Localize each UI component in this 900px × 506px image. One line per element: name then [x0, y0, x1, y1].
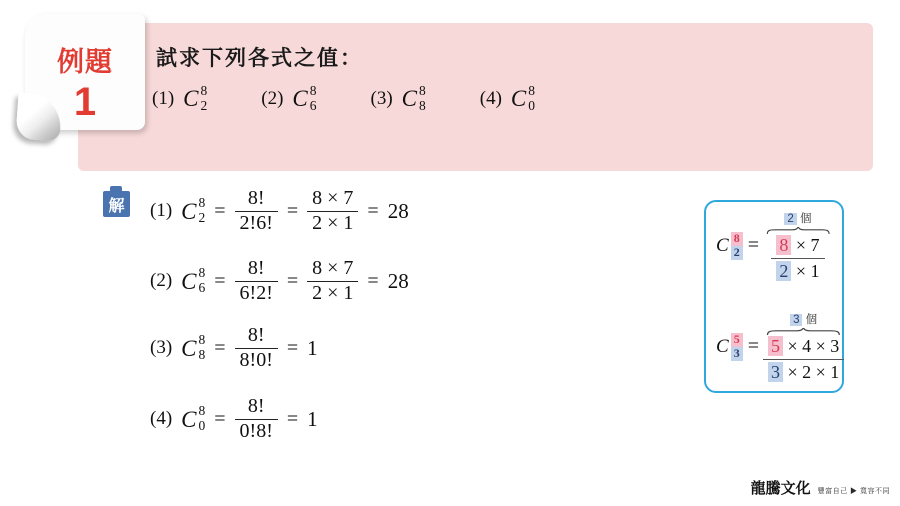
step-result: 28: [388, 199, 409, 224]
factorial-fraction: 8! 2!6!: [235, 187, 278, 235]
combination-base: C: [183, 87, 198, 110]
fraction-numerator: 8 × 7: [307, 187, 358, 211]
numerator-highlight: 8: [776, 235, 791, 255]
equals-sign: =: [748, 335, 759, 358]
equals-sign: =: [367, 270, 378, 293]
equals-sign: =: [287, 337, 298, 360]
overbrace-icon: [766, 328, 841, 335]
combination-sup: 8: [528, 84, 535, 99]
combination-base: C: [181, 408, 196, 431]
fraction-denominator: 2 × 1: [307, 211, 358, 236]
combination-sub: 0: [199, 419, 206, 434]
combination-symbol: C 8 0: [511, 84, 535, 114]
numerator-rest: × 4 × 3: [783, 336, 839, 356]
combination-base: C: [716, 337, 729, 356]
solution-step-3: (3) C 8 8 = 8! 8!0! = 1: [150, 324, 318, 372]
step-result: 1: [307, 407, 318, 432]
combination-sup: 8: [199, 266, 206, 281]
equals-sign: =: [214, 270, 225, 293]
note-formula-2: C 5 3 = 3 個 5 × 4 × 3 3 × 2 × 1: [716, 311, 836, 383]
combination-base: C: [511, 87, 526, 110]
problem-label: (1): [152, 88, 174, 110]
denominator-highlight: 3: [768, 362, 783, 382]
fraction-denominator: 2 × 1: [771, 258, 824, 282]
fraction-numerator: 8!: [235, 257, 278, 281]
count-suffix: 個: [797, 213, 812, 225]
step-label: (1): [150, 200, 172, 222]
problem-list: (1) C 8 2 (2) C 8 6 (3) C 8 8 (4: [152, 84, 535, 114]
solution-badge: 解: [103, 191, 130, 217]
step-label: (2): [150, 270, 172, 292]
fraction-denominator: 6!2!: [235, 281, 278, 306]
combination-base: C: [181, 270, 196, 293]
problem-prompt: 試求下列各式之值：: [156, 42, 363, 72]
solution-step-2: (2) C 8 6 = 8! 6!2! = 8 × 7 2 × 1 = 28: [150, 257, 409, 305]
combination-sub: 6: [310, 99, 317, 114]
combination-sub: 8: [419, 99, 426, 114]
problem-item-1: (1) C 8 2: [152, 84, 207, 114]
combination-sup-highlight: 8: [731, 232, 743, 246]
denominator-rest: × 2 × 1: [783, 362, 839, 382]
combination-symbol: C 8 8: [402, 84, 426, 114]
problem-label: (3): [371, 88, 393, 110]
problem-item-3: (3) C 8 8: [371, 84, 426, 114]
fraction-denominator: 8!0!: [235, 348, 278, 373]
combination-sub-highlight: 3: [731, 347, 743, 361]
count-number: 3: [790, 314, 802, 326]
annotated-fraction: 2 個 8 × 7 2 × 1: [763, 210, 833, 282]
combination-symbol: C 8 6: [292, 84, 316, 114]
combination-sup: 8: [201, 84, 208, 99]
problem-item-2: (2) C 8 6: [261, 84, 316, 114]
step-result: 1: [307, 336, 318, 361]
combination-symbol: C 8 2: [183, 84, 207, 114]
combination-symbol: C 5 3: [716, 333, 743, 361]
combination-symbol: C 8 6: [181, 266, 205, 296]
product-fraction: 8 × 7 2 × 1: [307, 187, 358, 235]
combination-sub: 2: [199, 211, 206, 226]
fraction-numerator: 8!: [235, 395, 278, 419]
combination-sub: 2: [201, 99, 208, 114]
equals-sign: =: [367, 200, 378, 223]
numerator-rest: × 7: [791, 235, 819, 255]
fraction-denominator: 3 × 2 × 1: [763, 359, 844, 383]
fraction-denominator: 0!8!: [235, 419, 278, 444]
count-annotation: 3 個: [790, 311, 817, 327]
step-label: (3): [150, 337, 172, 359]
combination-sup-highlight: 5: [731, 333, 743, 347]
combination-base: C: [181, 200, 196, 223]
step-result: 28: [388, 269, 409, 294]
fraction-numerator: 8!: [235, 187, 278, 211]
combination-symbol: C 8 2: [181, 196, 205, 226]
note-formula-1: C 8 2 = 2 個 8 × 7 2 × 1: [716, 210, 836, 282]
solution-step-4: (4) C 8 0 = 8! 0!8! = 1: [150, 395, 318, 443]
equals-sign: =: [748, 234, 759, 257]
fraction-denominator: 2!6!: [235, 211, 278, 236]
fraction-numerator: 8 × 7: [771, 234, 824, 258]
combination-sup: 8: [419, 84, 426, 99]
count-suffix: 個: [802, 314, 817, 326]
problem-label: (4): [480, 88, 502, 110]
problem-label: (2): [261, 88, 283, 110]
combination-base: C: [402, 87, 417, 110]
publisher-logo: 龍騰文化: [751, 477, 811, 498]
denominator-rest: × 1: [791, 261, 819, 281]
combination-sup: 8: [199, 404, 206, 419]
publisher-footer: 龍騰文化 豐富自己 ▶ 寬容不同: [751, 477, 890, 498]
count-annotation: 2 個: [784, 210, 811, 226]
combination-sub: 8: [199, 348, 206, 363]
example-label: 例題: [25, 40, 145, 79]
equals-sign: =: [287, 270, 298, 293]
product-fraction: 8 × 7 2 × 1: [307, 257, 358, 305]
combination-sup: 8: [310, 84, 317, 99]
combination-sup: 8: [199, 196, 206, 211]
example-number: 1: [25, 82, 145, 122]
fraction-numerator: 8!: [235, 324, 278, 348]
equals-sign: =: [214, 408, 225, 431]
problem-item-4: (4) C 8 0: [480, 84, 535, 114]
combination-base: C: [181, 337, 196, 360]
denominator-highlight: 2: [776, 261, 791, 281]
step-label: (4): [150, 408, 172, 430]
note-box: C 8 2 = 2 個 8 × 7 2 × 1: [704, 200, 844, 393]
equals-sign: =: [214, 200, 225, 223]
factorial-fraction: 8! 8!0!: [235, 324, 278, 372]
equals-sign: =: [287, 200, 298, 223]
equals-sign: =: [287, 408, 298, 431]
combination-symbol: C 8 8: [181, 333, 205, 363]
overbrace-icon: [766, 227, 830, 234]
fraction-numerator: 5 × 4 × 3: [763, 335, 844, 359]
numerator-highlight: 5: [768, 336, 783, 356]
combination-symbol: C 8 2: [716, 232, 743, 260]
combination-sub: 6: [199, 281, 206, 296]
example-number-card: 例題 1: [25, 14, 145, 130]
equals-sign: =: [214, 337, 225, 360]
combination-sub: 0: [528, 99, 535, 114]
combination-sup: 8: [199, 333, 206, 348]
fraction-denominator: 2 × 1: [307, 281, 358, 306]
factorial-fraction: 8! 0!8!: [235, 395, 278, 443]
count-number: 2: [784, 213, 796, 225]
factorial-fraction: 8! 6!2!: [235, 257, 278, 305]
combination-base: C: [716, 236, 729, 255]
combination-sub-highlight: 2: [731, 246, 743, 260]
publisher-slogan: 豐富自己 ▶ 寬容不同: [818, 486, 890, 496]
combination-base: C: [292, 87, 307, 110]
solution-step-1: (1) C 8 2 = 8! 2!6! = 8 × 7 2 × 1 = 28: [150, 187, 409, 235]
annotated-fraction: 3 個 5 × 4 × 3 3 × 2 × 1: [763, 311, 844, 383]
fraction-numerator: 8 × 7: [307, 257, 358, 281]
combination-symbol: C 8 0: [181, 404, 205, 434]
